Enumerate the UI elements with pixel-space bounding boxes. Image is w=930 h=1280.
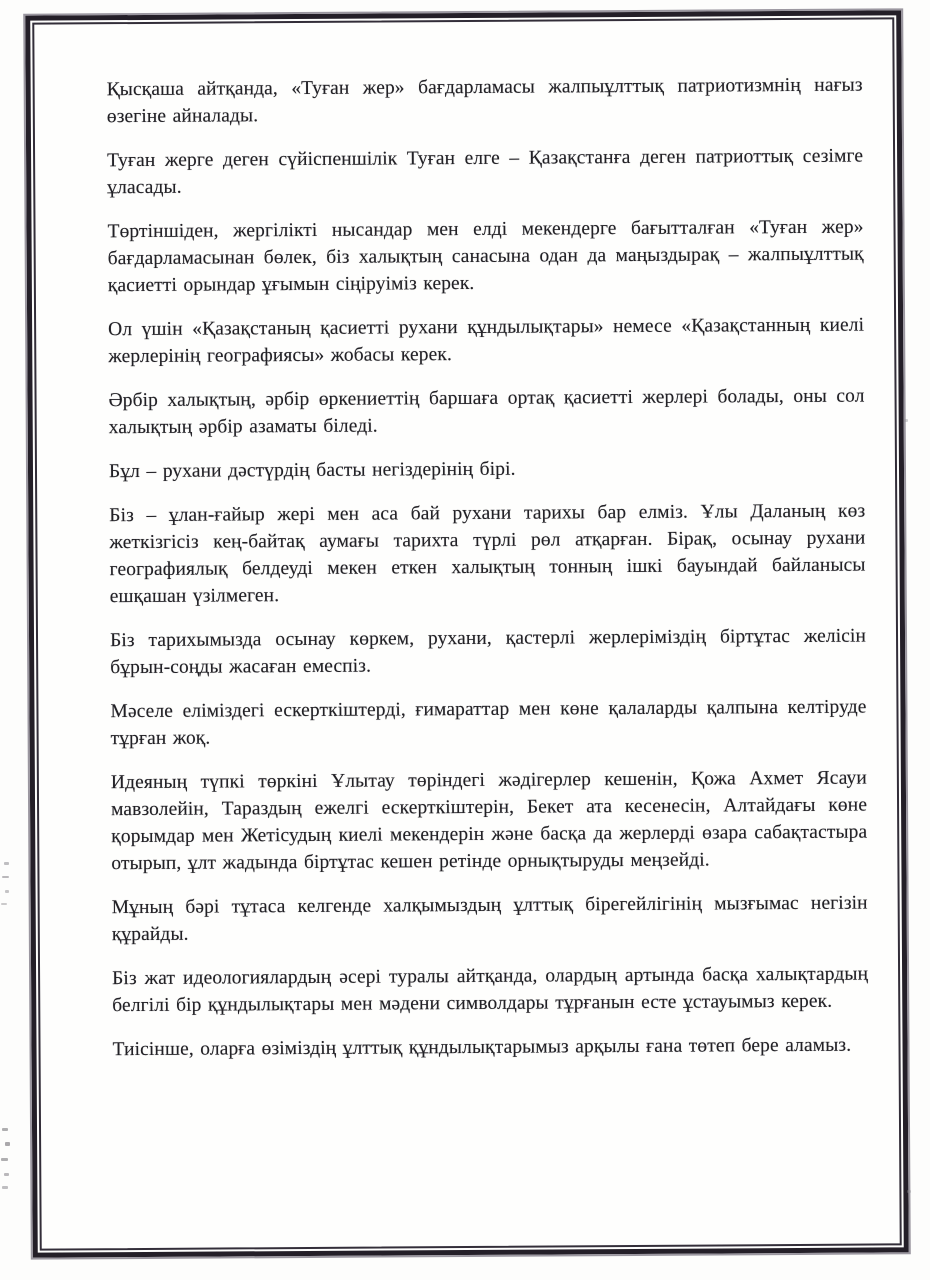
- paragraph: Біз – ұлан-ғайыр жері мен аса бай рухани…: [109, 498, 866, 611]
- scan-artifact: [5, 890, 9, 893]
- scan-artifact: [2, 1186, 8, 1189]
- paragraph: Қысқаша айтқанда, «Туған жер» бағдарлама…: [107, 72, 863, 131]
- paragraph: Идеяның түпкі төркіні Ұлытау төріндегі ж…: [111, 765, 868, 878]
- scan-artifact: [904, 419, 908, 422]
- scan-artifact: [2, 876, 9, 878]
- paragraph: Бұл – рухани дәстүрдің басты негіздеріні…: [109, 454, 865, 486]
- scan-artifact: [4, 1173, 9, 1176]
- scan-artifact: [1, 903, 7, 905]
- document-body: Қысқаша айтқанда, «Туған жер» бағдарлама…: [107, 72, 870, 1229]
- scan-artifact: [2, 1128, 8, 1131]
- paragraph: Ол үшін «Қазақстаның қасиетті рухани құн…: [108, 312, 864, 371]
- paragraph: Төртіншіден, жергілікті нысандар мен елд…: [107, 214, 863, 300]
- scan-artifact: [5, 1142, 10, 1146]
- scan-artifact: [907, 1190, 911, 1193]
- paragraph: Мұның бәрі тұтаса келгенде халқымыздың ұ…: [112, 890, 868, 949]
- paragraph: Әрбір халықтың, әрбір өркениеттің баршағ…: [108, 383, 864, 442]
- scan-artifact: [1, 1158, 8, 1161]
- scan-artifact: [4, 862, 9, 865]
- paragraph: Біз тарихымызда осынау көркем, рухани, қ…: [110, 623, 866, 682]
- paragraph: Біз жат идеологиялардың әсері туралы айт…: [112, 961, 868, 1020]
- scan-artifact: [838, 976, 842, 979]
- scanned-page: Қысқаша айтқанда, «Туған жер» бағдарлама…: [25, 10, 909, 1257]
- page-border-frame: Қысқаша айтқанда, «Туған жер» бағдарлама…: [25, 10, 909, 1257]
- page-border-inner-rule: Қысқаша айтқанда, «Туған жер» бағдарлама…: [32, 17, 901, 1250]
- paragraph: Туған жерге деген сүйіспеншілік Туған ел…: [107, 143, 863, 202]
- paragraph: Тиісінше, оларға өзіміздің ұлттық құндыл…: [112, 1032, 868, 1064]
- paragraph: Мәселе еліміздегі ескерткіштерді, ғимара…: [110, 694, 866, 753]
